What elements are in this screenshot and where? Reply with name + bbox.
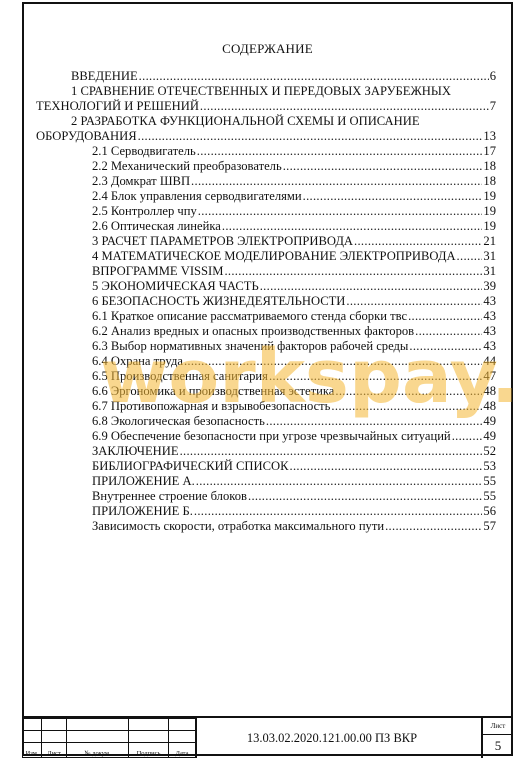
- toc-page-number: 18: [483, 159, 496, 174]
- toc-page-number: 43: [483, 309, 496, 324]
- toc-leader-dots: [408, 309, 482, 324]
- toc-entry[interactable]: ВВЕДЕНИЕ6: [36, 69, 496, 84]
- toc-entry-label: 4 МАТЕМАТИЧЕСКОЕ МОДЕЛИРОВАНИЕ ЭЛЕКТРОПР…: [92, 249, 456, 264]
- toc-entry[interactable]: 6 БЕЗОПАСНОСТЬ ЖИЗНЕДЕЯТЕЛЬНОСТИ43: [36, 294, 496, 309]
- toc-page-number: 6: [490, 69, 496, 84]
- toc-page-number: 21: [483, 234, 496, 249]
- toc-entry-label: 2.4 Блок управления серводвигателями: [92, 189, 302, 204]
- toc-leader-dots: [194, 504, 483, 519]
- toc-entry[interactable]: 6.4 Охрана труда44: [36, 354, 496, 369]
- toc-entry-label: 6 БЕЗОПАСНОСТЬ ЖИЗНЕДЕЯТЕЛЬНОСТИ: [92, 294, 345, 309]
- toc-entry-heading: 2 РАЗРАБОТКА ФУНКЦИОНАЛЬНОЙ СХЕМЫ И ОПИС…: [36, 114, 496, 129]
- toc-page-number: 19: [483, 189, 496, 204]
- toc-entry-label: Зависимость скорости, отработка максимал…: [92, 519, 384, 534]
- toc-page-number: 47: [483, 369, 496, 384]
- toc-page-number: 43: [483, 339, 496, 354]
- toc-page-number: 43: [483, 294, 496, 309]
- toc-entry-label: Внутреннее строение блоков: [92, 489, 247, 504]
- toc-entry[interactable]: 2.2 Механический преобразователь18: [36, 159, 496, 174]
- toc-entry-label: БИБЛИОГРАФИЧЕСКИЙ СПИСОК: [92, 459, 289, 474]
- toc-leader-dots: [266, 414, 483, 429]
- toc-leader-dots: [290, 459, 483, 474]
- toc-entry-label: 6.1 Краткое описание рассматриваемого ст…: [92, 309, 407, 324]
- toc-page-number: 17: [483, 144, 496, 159]
- toc-leader-dots: [196, 474, 483, 489]
- toc-entry-label: 2.2 Механический преобразователь: [92, 159, 282, 174]
- toc-leader-dots: [283, 159, 483, 174]
- toc-entry-label: ВПРОГРАММЕ VISSIM: [92, 264, 223, 279]
- col-date: Дата: [169, 743, 196, 758]
- toc-entry[interactable]: 2.5 Контроллер чпу19: [36, 204, 496, 219]
- col-list: Лист: [42, 743, 67, 758]
- toc-page-number: 44: [483, 354, 496, 369]
- toc-entry-label: 6.2 Анализ вредных и опасных производств…: [92, 324, 414, 339]
- toc-page-number: 7: [490, 99, 496, 114]
- toc-leader-dots: [224, 264, 482, 279]
- toc-entry-label: ТЕХНОЛОГИЙ И РЕШЕНИЙ: [36, 99, 199, 114]
- toc-entry[interactable]: 2.1 Серводвигатель17: [36, 144, 496, 159]
- toc-entry-label: 3 РАСЧЕТ ПАРАМЕТРОВ ЭЛЕКТРОПРИВОДА: [92, 234, 353, 249]
- toc-page-number: 48: [483, 399, 496, 414]
- toc-leader-dots: [198, 204, 483, 219]
- toc-page-number: 53: [483, 459, 496, 474]
- toc-entry[interactable]: 6.1 Краткое описание рассматриваемого ст…: [36, 309, 496, 324]
- toc-entry[interactable]: Внутреннее строение блоков55: [36, 489, 496, 504]
- toc-entry[interactable]: 6.6 Эргономика и производственная эстети…: [36, 384, 496, 399]
- toc-leader-dots: [457, 249, 483, 264]
- toc-leader-dots: [200, 99, 489, 114]
- toc-page-number: 43: [483, 324, 496, 339]
- toc-entry[interactable]: Зависимость скорости, отработка максимал…: [36, 519, 496, 534]
- toc-leader-dots: [197, 144, 483, 159]
- toc-entry-label: 6.5 Производственная санитария: [92, 369, 268, 384]
- toc-leader-dots: [222, 219, 483, 234]
- toc-leader-dots: [248, 489, 482, 504]
- toc-entry-label: 2.6 Оптическая линейка: [92, 219, 221, 234]
- toc-leader-dots: [191, 174, 482, 189]
- toc-entry-label: ЗАКЛЮЧЕНИЕ: [92, 444, 179, 459]
- toc-entry-label: ВВЕДЕНИЕ: [71, 69, 138, 84]
- toc-entry[interactable]: 2.3 Домкрат ШВП18: [36, 174, 496, 189]
- toc-page-number: 52: [483, 444, 496, 459]
- sheet-box: Лист 5: [481, 718, 513, 758]
- toc-entry[interactable]: ПРИЛОЖЕНИЕ Б.56: [36, 504, 496, 519]
- toc-page-number: 56: [483, 504, 496, 519]
- toc-entry-label: ПРИЛОЖЕНИЕ А.: [92, 474, 195, 489]
- toc-page-number: 48: [483, 384, 496, 399]
- toc-entry[interactable]: ЗАКЛЮЧЕНИЕ52: [36, 444, 496, 459]
- col-signature: Подпись: [129, 743, 169, 758]
- toc-leader-dots: [346, 294, 482, 309]
- toc-page-number: 31: [483, 264, 496, 279]
- toc-page-number: 31: [483, 249, 496, 264]
- toc-entry-label: 5 ЭКОНОМИЧЕСКАЯ ЧАСТЬ: [92, 279, 259, 294]
- toc-entry-label: 6.8 Экологическая безопасность: [92, 414, 265, 429]
- toc-entry[interactable]: ТЕХНОЛОГИЙ И РЕШЕНИЙ7: [36, 99, 496, 114]
- page-title: СОДЕРЖАНИЕ: [24, 41, 511, 57]
- toc-entry-label: 6.3 Выбор нормативных значений факторов …: [92, 339, 408, 354]
- toc-entry-label: 2 РАЗРАБОТКА ФУНКЦИОНАЛЬНОЙ СХЕМЫ И ОПИС…: [71, 114, 420, 129]
- toc-leader-dots: [415, 324, 482, 339]
- toc-page-number: 57: [483, 519, 496, 534]
- title-block: Изм. Лист № докум. Подпись Дата 13.03.02…: [22, 716, 513, 758]
- sheet-label: Лист: [483, 718, 513, 735]
- revision-table: Изм. Лист № докум. Подпись Дата: [22, 718, 196, 758]
- toc-entry[interactable]: 6.5 Производственная санитария47: [36, 369, 496, 384]
- toc-entry[interactable]: 6.9 Обеспечение безопасности при угрозе …: [36, 429, 496, 444]
- toc-entry[interactable]: БИБЛИОГРАФИЧЕСКИЙ СПИСОК53: [36, 459, 496, 474]
- toc-leader-dots: [138, 129, 483, 144]
- toc-leader-dots: [180, 444, 483, 459]
- toc-entry-label: 6.6 Эргономика и производственная эстети…: [92, 384, 334, 399]
- toc-entry[interactable]: 5 ЭКОНОМИЧЕСКАЯ ЧАСТЬ39: [36, 279, 496, 294]
- toc-leader-dots: [409, 339, 482, 354]
- toc-entry[interactable]: 6.2 Анализ вредных и опасных производств…: [36, 324, 496, 339]
- toc-entry-heading: 1 СРАВНЕНИЕ ОТЕЧЕСТВЕННЫХ И ПЕРЕДОВЫХ ЗА…: [36, 84, 496, 99]
- toc-entry-label: ПРИЛОЖЕНИЕ Б.: [92, 504, 193, 519]
- toc-leader-dots: [331, 399, 482, 414]
- toc-entry-label: 2.1 Серводвигатель: [92, 144, 196, 159]
- toc-leader-dots: [452, 429, 483, 444]
- toc-page-number: 49: [483, 414, 496, 429]
- toc-page-number: 55: [483, 474, 496, 489]
- toc-page-number: 39: [483, 279, 496, 294]
- toc-entry-label: ОБОРУДОВАНИЯ: [36, 129, 137, 144]
- toc-entry-label: 6.9 Обеспечение безопасности при угрозе …: [92, 429, 451, 444]
- toc-entry[interactable]: 6.8 Экологическая безопасность49: [36, 414, 496, 429]
- toc-leader-dots: [184, 354, 482, 369]
- toc-leader-dots: [139, 69, 489, 84]
- toc-entry[interactable]: 6.7 Противопожарная и взрывобезопасность…: [36, 399, 496, 414]
- toc-entry[interactable]: ВПРОГРАММЕ VISSIM31: [36, 264, 496, 279]
- toc-entry[interactable]: 2.6 Оптическая линейка19: [36, 219, 496, 234]
- table-of-contents: ВВЕДЕНИЕ61 СРАВНЕНИЕ ОТЕЧЕСТВЕННЫХ И ПЕР…: [36, 69, 496, 534]
- col-doc-num: № докум.: [67, 743, 129, 758]
- col-izm: Изм.: [23, 743, 42, 758]
- document-code: 13.03.02.2020.121.00.00 ПЗ ВКР: [195, 718, 467, 758]
- toc-entry-label: 2.5 Контроллер чпу: [92, 204, 197, 219]
- toc-leader-dots: [385, 519, 482, 534]
- toc-leader-dots: [335, 384, 482, 399]
- toc-leader-dots: [303, 189, 483, 204]
- toc-entry[interactable]: 2.4 Блок управления серводвигателями19: [36, 189, 496, 204]
- toc-entry-label: 6.4 Охрана труда: [92, 354, 183, 369]
- toc-page-number: 19: [483, 204, 496, 219]
- toc-page-number: 19: [483, 219, 496, 234]
- toc-entry[interactable]: ОБОРУДОВАНИЯ13: [36, 129, 496, 144]
- toc-entry[interactable]: ПРИЛОЖЕНИЕ А.55: [36, 474, 496, 489]
- toc-leader-dots: [269, 369, 482, 384]
- toc-entry-label: 1 СРАВНЕНИЕ ОТЕЧЕСТВЕННЫХ И ПЕРЕДОВЫХ ЗА…: [71, 84, 451, 99]
- toc-entry[interactable]: 4 МАТЕМАТИЧЕСКОЕ МОДЕЛИРОВАНИЕ ЭЛЕКТРОПР…: [36, 249, 496, 264]
- toc-entry[interactable]: 3 РАСЧЕТ ПАРАМЕТРОВ ЭЛЕКТРОПРИВОДА21: [36, 234, 496, 249]
- toc-entry-label: 6.7 Противопожарная и взрывобезопасность: [92, 399, 330, 414]
- sheet-number: 5: [483, 735, 513, 757]
- toc-leader-dots: [260, 279, 483, 294]
- toc-page-number: 49: [483, 429, 496, 444]
- toc-entry[interactable]: 6.3 Выбор нормативных значений факторов …: [36, 339, 496, 354]
- toc-entry-label: 2.3 Домкрат ШВП: [92, 174, 190, 189]
- toc-page-number: 13: [483, 129, 496, 144]
- toc-leader-dots: [354, 234, 482, 249]
- toc-page-number: 55: [483, 489, 496, 504]
- toc-page-number: 18: [483, 174, 496, 189]
